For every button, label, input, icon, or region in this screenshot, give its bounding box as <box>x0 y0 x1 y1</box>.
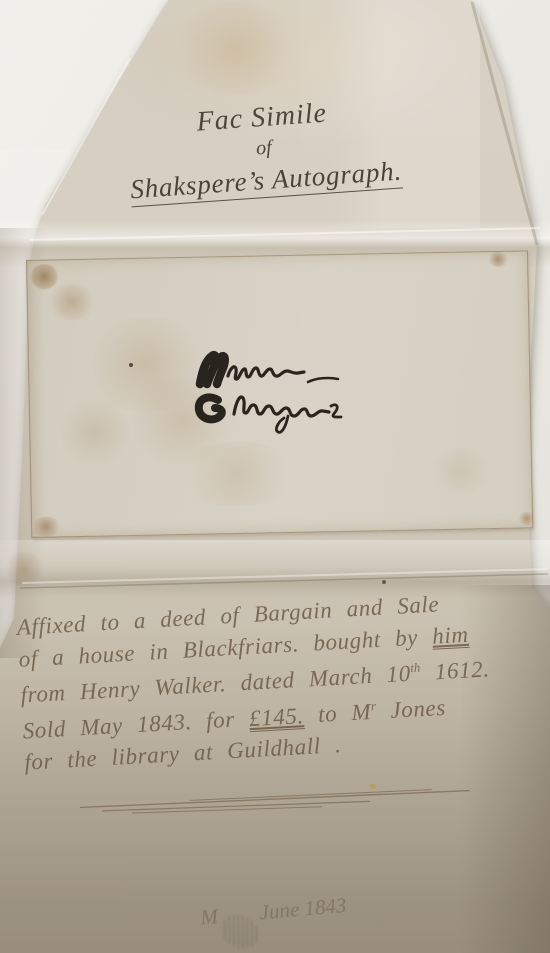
foxing-stain <box>487 252 509 267</box>
foxing-stain <box>518 511 535 525</box>
foxing-stain <box>56 399 135 466</box>
annotation-block: Affixed to a deed of Bargain and Saleof … <box>16 583 546 779</box>
foxing-stain <box>30 263 58 290</box>
shakespeare-signature-facsimile <box>190 342 360 442</box>
faint-initial: M <box>199 904 219 929</box>
foxing-stain <box>45 284 98 321</box>
ink-speck <box>129 363 133 367</box>
foxing-stain <box>171 441 302 507</box>
foxing-stain <box>30 516 62 537</box>
foxing-stain <box>426 447 497 494</box>
photograph-of-manuscript: Fac Simile of Shakspere’s Autograph. <box>0 0 550 953</box>
